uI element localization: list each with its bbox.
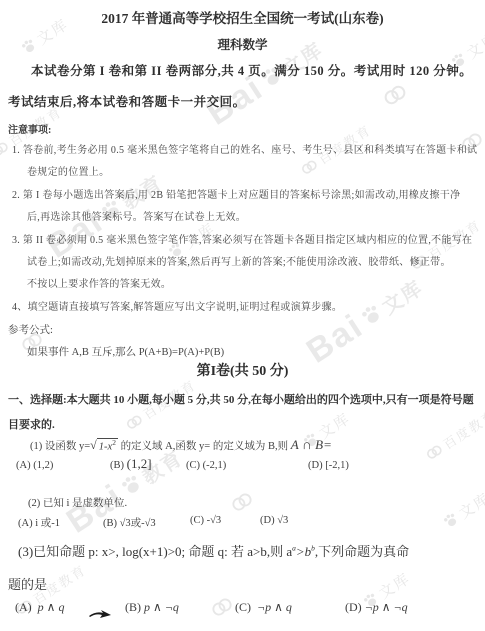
note-item3-line1: 3. 第 II 卷必须用 0.5 毫米黑色签字笔作答,答案必须写在答题卡各题目指… bbox=[12, 231, 472, 246]
q1-stem-math: A ∩ B= bbox=[291, 437, 332, 452]
note-item4: 4、填空题请直接填写答案,解答题应写出文字说明,证明过程或演算步骤。 bbox=[12, 298, 342, 313]
q1-stem-mid: 的定义域 A,函数 y= 的定义域为 B,则 bbox=[121, 441, 289, 452]
q3-stem-pre: (3)已知命题 p: x>, log(x+1)>0; 命题 q: 若 a>b,则… bbox=[18, 544, 292, 559]
q3-option-b: (B) p ∧ ¬q bbox=[125, 600, 179, 615]
rings-icon bbox=[205, 590, 238, 623]
note-item1-line1: 1. 答卷前,考生务必用 0.5 毫米黑色签字笔将自己的姓名、座号、考生号、县区… bbox=[12, 141, 477, 156]
watermark-text: 百度教育 bbox=[439, 404, 485, 453]
note-item1-line2: 卷规定的位置上。 bbox=[27, 163, 109, 178]
note-item3-line2: 试卷上;如需改动,先划掉原来的答案,然后再写上新的答案;不能使用涂改液、胶带纸、… bbox=[27, 253, 451, 268]
formula-body: 如果事件 A,B 互斥,那么 P(A+B)=P(A)+P(B) bbox=[27, 344, 224, 359]
rings-icon bbox=[122, 409, 147, 434]
exam-intro-line1: 本试卷分第 I 卷和第 II 卷两部分,共 4 页。满分 150 分。考试用时 … bbox=[31, 61, 472, 79]
q1-option-a: (A) (1,2) bbox=[16, 460, 53, 471]
q1-option-b: (B) (1,2] bbox=[110, 456, 152, 472]
formula-heading: 参考公式: bbox=[8, 322, 53, 337]
watermark-stamp: 文库 bbox=[439, 487, 485, 533]
section1-intro-line1: 一、选择题:本大题共 10 小题,每小题 5 分,共 50 分,在每小题给出的四… bbox=[8, 391, 474, 407]
rings-icon bbox=[0, 136, 13, 161]
q2-option-b: (B) √3或-√3 bbox=[103, 515, 156, 530]
watermark-stamp bbox=[205, 590, 238, 623]
rings-icon bbox=[377, 77, 413, 113]
q1-option-c: (C) (-2,1) bbox=[186, 460, 226, 471]
rings-icon bbox=[225, 485, 258, 518]
q3-option-d: (D) ¬p ∧ ¬q bbox=[345, 600, 408, 615]
question-1-stem: (1) 设函数 y=√1-x2 的定义域 A,函数 y= 的定义域为 B,则 A… bbox=[30, 437, 332, 453]
rings-icon bbox=[422, 439, 447, 464]
note-item3-line3: 不按以上要求作答的答案无效。 bbox=[27, 275, 171, 290]
notes-heading: 注意事项: bbox=[8, 121, 51, 136]
watermark-text: 文库 bbox=[376, 272, 429, 320]
q3-option-c: (C) ¬p ∧ q bbox=[235, 600, 292, 615]
question-3-stem-line2: 题的是 bbox=[8, 574, 47, 593]
watermark-stamp bbox=[377, 77, 413, 113]
section1-intro-line2: 目要求的. bbox=[8, 416, 55, 432]
q2-option-c: (C) -√3 bbox=[190, 515, 221, 526]
question-2-stem: (2) 已知 i 是虚数单位. bbox=[28, 495, 127, 510]
exam-title: 2017 年普通高等学校招生全国统一考试(山东卷) bbox=[0, 7, 485, 27]
watermark-text: 文库 bbox=[454, 487, 485, 523]
q3-stem-mid: >b bbox=[296, 544, 311, 559]
question-3-stem-line1: (3)已知命题 p: x>, log(x+1)>0; 命题 q: 若 a>b,则… bbox=[18, 541, 409, 560]
watermark-text: 文库 bbox=[374, 567, 414, 603]
rings-icon bbox=[297, 154, 322, 179]
sqrt-icon: √ bbox=[90, 438, 97, 452]
exam-intro-line2: 考试结束后,将本试卷和答题卡一并交回。 bbox=[8, 92, 246, 110]
q3-stem-tail: ,下列命题为真命 bbox=[315, 544, 409, 559]
watermark-stamp bbox=[225, 485, 258, 518]
mouse-cursor-icon bbox=[88, 610, 112, 624]
exam-subject: 理科数学 bbox=[0, 35, 485, 53]
q1-stem-pre: (1) 设函数 y= bbox=[30, 441, 90, 452]
paw-icon bbox=[357, 300, 387, 330]
paw-icon bbox=[440, 510, 462, 532]
q2-option-d: (D) √3 bbox=[260, 515, 288, 526]
note-item2-line2: 后,再选涂其他答案标号。答案写在试卷上无效。 bbox=[27, 208, 246, 223]
section1-heading: 第I卷(共 50 分) bbox=[0, 360, 485, 380]
q3-option-a: (A) p ∧ q bbox=[15, 600, 64, 615]
q2-option-a: (A) i 或-1 bbox=[18, 515, 60, 530]
q1-option-d: (D) [-2,1) bbox=[308, 460, 349, 471]
note-item2-line1: 2. 第 I 卷每小题选出答案后,用 2B 铅笔把答题卡上对应题目的答案标号涂黑… bbox=[12, 186, 460, 201]
watermark-stamp: 百度教育 bbox=[421, 404, 485, 464]
watermark-stamp: Bai 文库 bbox=[300, 267, 431, 371]
exam-paper-page: 文库 Bai 文库 文库 百度教育 Bai 教育 百度教育 bbox=[0, 0, 485, 631]
q1-radicand: 1-x2 bbox=[97, 438, 118, 453]
